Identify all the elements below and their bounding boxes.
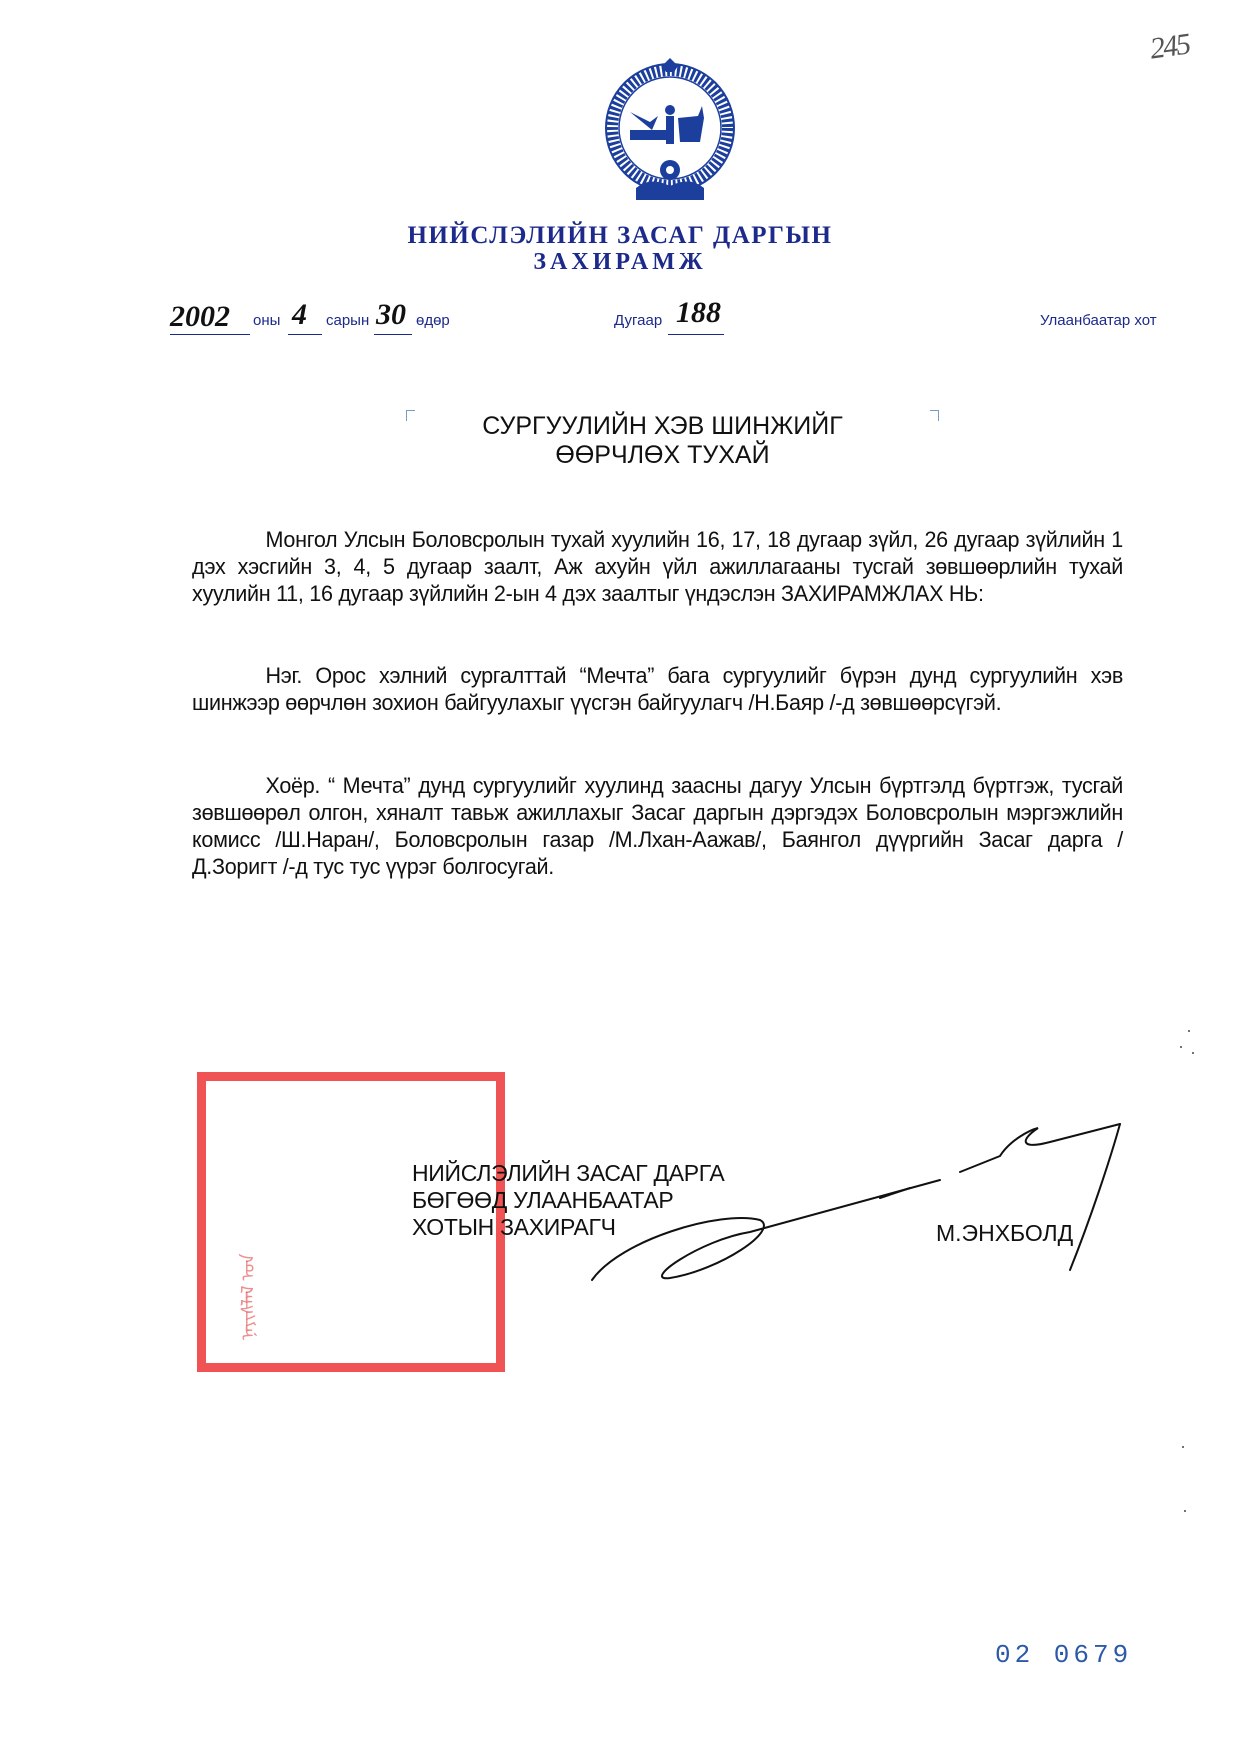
scan-speck bbox=[1182, 1446, 1184, 1448]
stamp-text: ᠨᠡᠶᠢᠰᠯᠡᠯ ᠤᠨ bbox=[232, 1140, 263, 1340]
scan-speck bbox=[1184, 1510, 1186, 1512]
scan-speck bbox=[1188, 1030, 1190, 1032]
scan-speck bbox=[1180, 1046, 1182, 1048]
document-title: СУРГУУЛИЙН ХЭВ ШИНЖИЙГ bbox=[0, 412, 1240, 441]
order-item-1: Нэг. Орос хэлний сургалттай “Мечта” бага… bbox=[192, 662, 1123, 716]
state-emblem-icon bbox=[600, 58, 740, 208]
issuer-name: НИЙСЛЭЛИЙН ЗАСАГ ДАРГЫН bbox=[0, 222, 1240, 250]
year-handwritten: 2002 bbox=[170, 300, 230, 334]
signatory-name: М.ЭНХБОЛД bbox=[936, 1220, 1073, 1247]
year-underline bbox=[170, 334, 250, 335]
preamble-paragraph: Монгол Улсын Боловсролын тухай хуулийн 1… bbox=[192, 526, 1123, 607]
scan-speck bbox=[1192, 1052, 1194, 1054]
day-label: өдөр bbox=[416, 312, 450, 329]
number-label: Дугаар bbox=[614, 312, 662, 329]
month-label: сарын bbox=[326, 312, 369, 329]
month-underline bbox=[288, 334, 322, 335]
order-item-2: Хоёр. “ Мечта” дунд сургуулийг хуулинд з… bbox=[192, 772, 1123, 880]
number-handwritten: 188 bbox=[676, 296, 721, 330]
signature-icon bbox=[580, 1120, 1140, 1300]
registration-number: 02 0679 bbox=[995, 1640, 1132, 1670]
document-title-line2: ӨӨРЧЛӨХ ТУХАЙ bbox=[0, 441, 1240, 470]
day-handwritten: 30 bbox=[376, 298, 406, 332]
document-type: ЗАХИРАМЖ bbox=[0, 249, 1240, 276]
day-underline bbox=[374, 334, 412, 335]
page-marker-handwritten: 245 bbox=[1148, 27, 1191, 66]
year-label: оны bbox=[253, 312, 280, 329]
number-underline bbox=[668, 334, 724, 335]
place-of-issue: Улаанбаатар хот bbox=[1040, 312, 1157, 329]
month-handwritten: 4 bbox=[292, 298, 307, 332]
